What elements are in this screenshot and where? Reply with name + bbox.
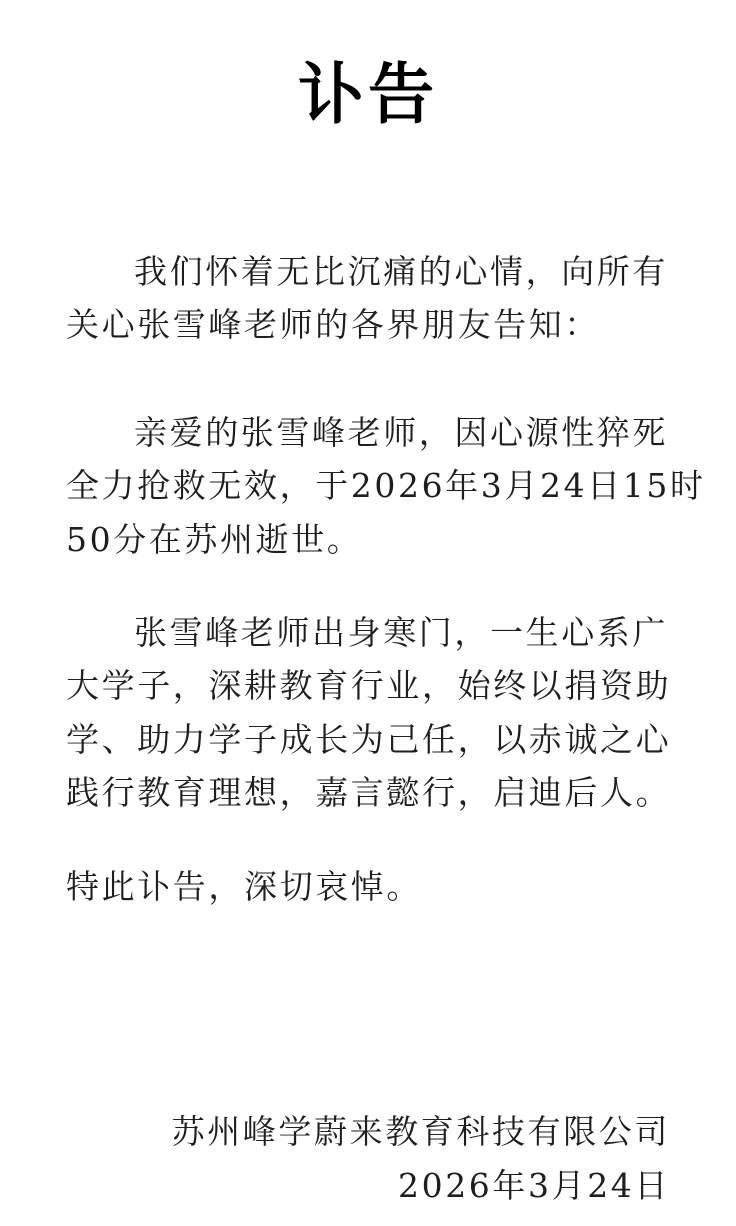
- paragraph-3-line-2: 大学子，深耕教育行业，始终以捐资助: [66, 664, 671, 708]
- paragraph-2-line-1: 亲爱的张雪峰老师，因心源性猝死: [134, 411, 668, 455]
- paragraph-2-line-3: 50分在苏州逝世。: [66, 518, 362, 562]
- paragraph-3-line-1: 张雪峰老师出身寒门，一生心系广: [134, 611, 668, 655]
- paragraph-3-line-3: 学、助力学子成长为己任，以赤诚之心: [66, 718, 671, 762]
- signature-date: 2026年3月24日: [398, 1164, 670, 1208]
- paragraph-1-line-2: 关心张雪峰老师的各界朋友告知：: [66, 303, 600, 347]
- paragraph-3-line-4: 践行教育理想，嘉言懿行，启迪后人。: [66, 771, 671, 815]
- paragraph-1-line-1: 我们怀着无比沉痛的心情，向所有: [134, 250, 668, 294]
- paragraph-2-line-2: 全力抢救无效，于2026年3月24日15时: [66, 464, 706, 508]
- document-title: 讣告: [0, 52, 736, 138]
- closing-line: 特此讣告，深切哀悼。: [66, 865, 422, 909]
- signature-organization: 苏州峰学蔚来教育科技有限公司: [172, 1110, 670, 1154]
